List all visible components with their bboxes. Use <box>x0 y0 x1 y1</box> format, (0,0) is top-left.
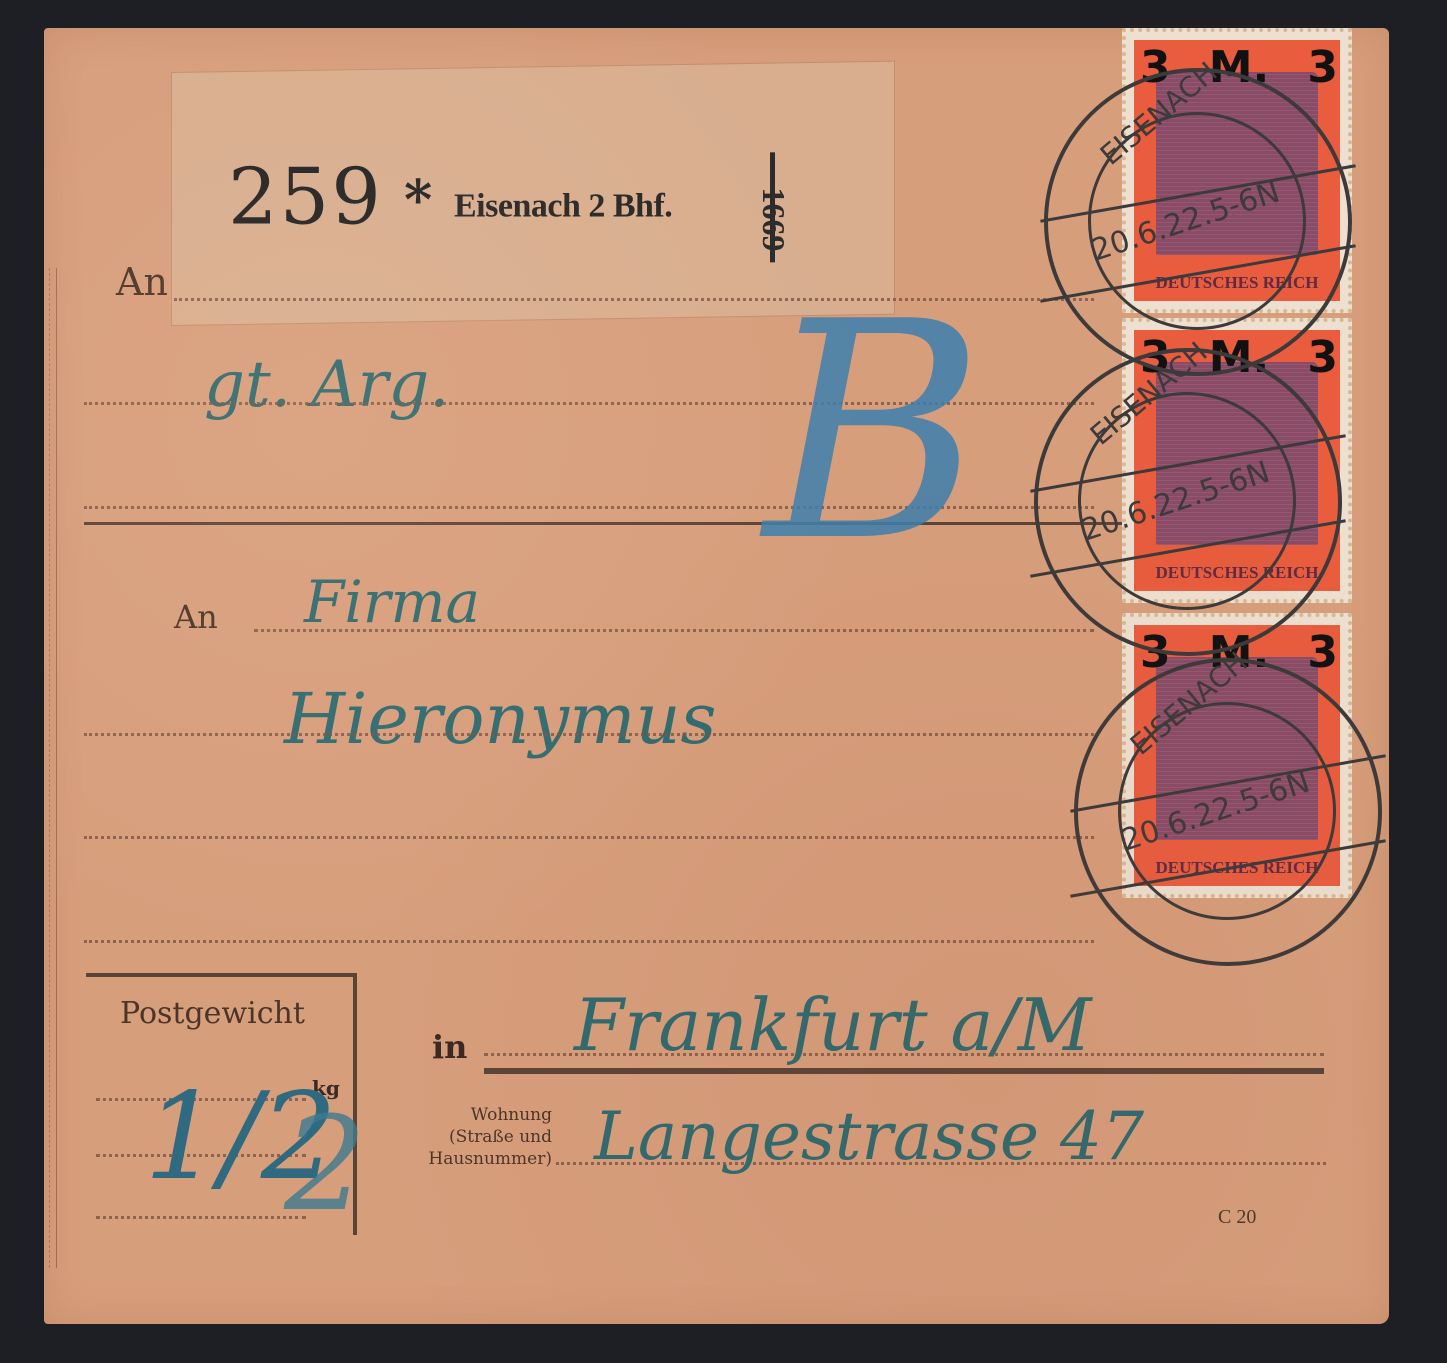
address-label: Wohnung (Straße und Hausnummer) <box>402 1104 552 1170</box>
parcel-card: 259 * Eisenach 2 Bhf. 1669 An gt. Arg. B… <box>44 28 1389 1324</box>
left-edge-perforation <box>49 268 50 1268</box>
dotted-line <box>84 940 1094 943</box>
section-rule <box>484 1068 1324 1074</box>
address-handwriting: Langestrasse 47 <box>594 1098 1144 1175</box>
form-code: C 20 <box>1218 1206 1256 1229</box>
postmark-3: EISENACH 20.6.22.5-6N <box>1074 658 1382 966</box>
asterisk-icon: * <box>404 167 432 231</box>
registration-number: 259 <box>228 152 383 242</box>
weight-extra-mark: 2 <box>284 1088 367 1240</box>
destination-handwriting: Frankfurt a/M <box>574 983 1091 1067</box>
dotted-line <box>96 1216 306 1219</box>
recipient-line1: Firma <box>304 568 480 636</box>
sender-handwriting: gt. Arg. <box>204 348 450 422</box>
side-number: 1669 <box>755 187 792 251</box>
blue-crayon-mark: B <box>764 258 984 607</box>
postmark-1: EISENACH 20.6.22.5-6N <box>1044 68 1352 376</box>
sender-label: An <box>116 260 168 304</box>
recipient-label: An <box>174 598 218 636</box>
dotted-line <box>84 733 1094 736</box>
weight-label: Postgewicht <box>120 996 305 1031</box>
left-edge-rule <box>56 268 57 1268</box>
destination-label: in <box>432 1028 467 1066</box>
station-name: Eisenach 2 Bhf. <box>454 187 672 225</box>
dotted-line <box>84 836 1094 839</box>
postmark-2: EISENACH 20.6.22.5-6N <box>1034 348 1342 656</box>
recipient-line2: Hieronymus <box>284 678 716 760</box>
